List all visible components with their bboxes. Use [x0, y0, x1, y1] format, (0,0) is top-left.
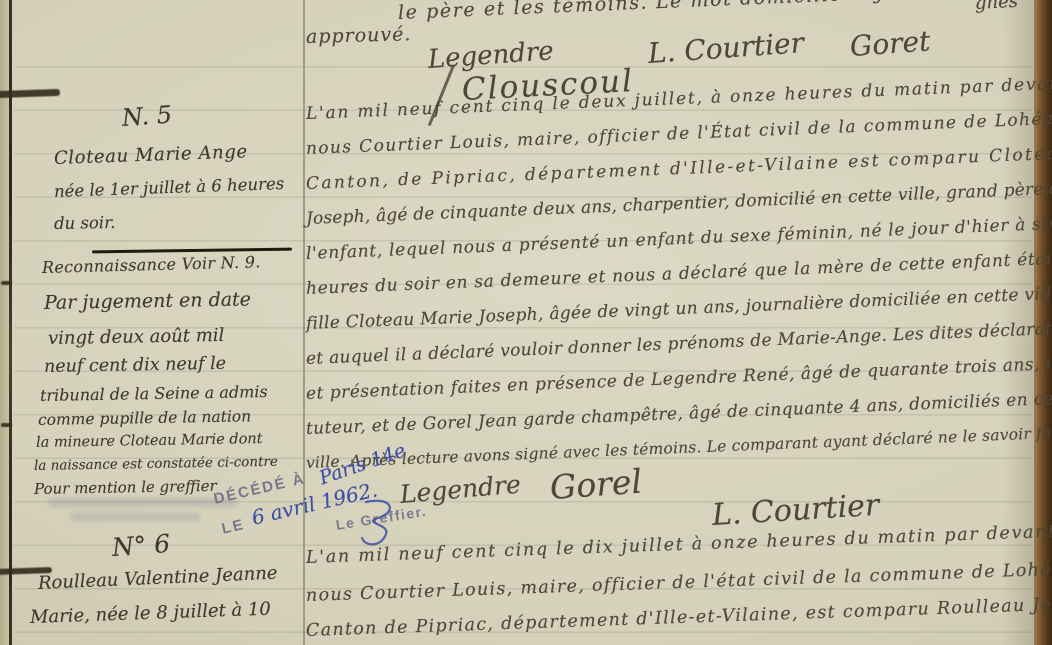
margin-mention-line: vingt deux août mil	[48, 325, 225, 349]
binding-stitch-small	[1, 281, 12, 285]
margin-name-line: Cloteau Marie Ange	[54, 141, 248, 169]
margin-name-line: Roulleau Valentine Jeanne	[38, 563, 278, 594]
ink-bleed-smudge	[48, 498, 238, 507]
deceased-stamp-le: LE	[220, 516, 246, 538]
margin-mention-line: neuf cent dix neuf le	[44, 354, 226, 377]
prev-act-closing-line: le père et les témoins. Le mot domicilié…	[398, 0, 942, 24]
margin-mention-line: la mineure Cloteau Marie dont	[36, 431, 263, 451]
ink-bleed-smudge	[70, 513, 200, 521]
signature-gorel: Gorel	[549, 462, 644, 507]
margin-act-number-6: N° 6	[111, 529, 171, 562]
margin-name-line: Marie, née le 8 juillet à 10	[30, 599, 272, 628]
margin-mention-line: Pour mention le greffier	[34, 477, 217, 498]
binding-stitch-small	[1, 423, 12, 427]
margin-separator-rule	[92, 248, 292, 254]
margin-mention-line: tribunal de la Seine a admis	[40, 382, 268, 405]
prev-act-approval: approuvé.	[306, 23, 412, 48]
cut-line-fragment: gnés	[974, 0, 1018, 14]
act6-line: L'an mil neuf cent cinq le dix juillet à…	[306, 522, 1052, 568]
greffier-paraph	[352, 494, 412, 554]
signature-courtier: L. Courtier	[647, 26, 805, 70]
binding-stitch	[0, 89, 60, 98]
margin-name-line: née le 1er juillet à 6 heures	[54, 174, 285, 201]
register-page: gnés le père et les témoins. Le mot domi…	[0, 0, 1052, 645]
margin-mention-line: Par jugement en date	[44, 288, 251, 314]
margin-mention-line: comme pupille de la nation	[38, 407, 251, 429]
margin-divider-line	[303, 0, 305, 645]
signature-courtier: L. Courtier	[711, 488, 880, 533]
margin-act-number-5: N. 5	[121, 101, 173, 132]
signature-goret: Goret	[849, 24, 932, 63]
margin-name-line: du soir.	[54, 213, 116, 233]
margin-mention-line: la naissance est constatée ci-contre	[34, 454, 278, 474]
margin-mention-title: Reconnaissance Voir N. 9.	[42, 252, 261, 277]
